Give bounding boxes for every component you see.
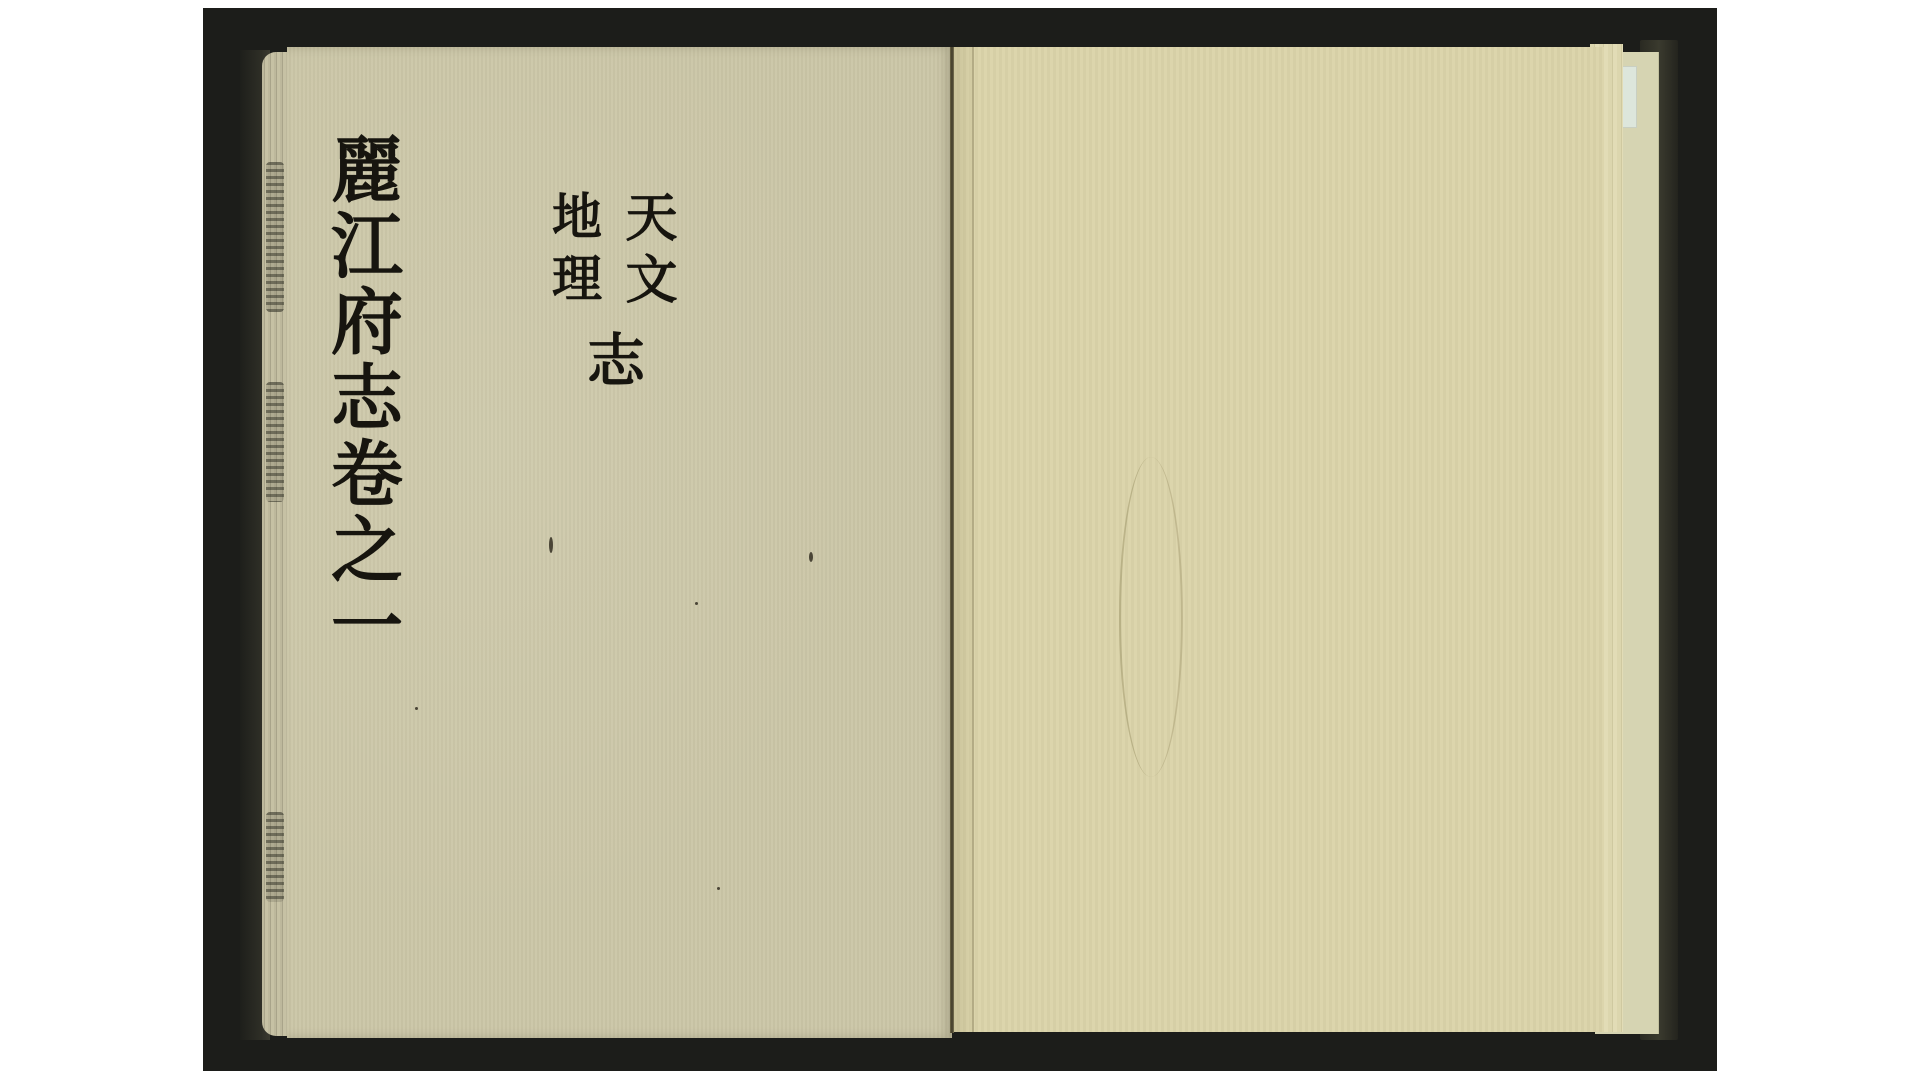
section-subtitle-suffix: 志 — [582, 330, 640, 388]
edge-smudge — [266, 382, 284, 502]
edge-smudge — [266, 812, 284, 902]
section-subtitle-astronomy: 天文 — [620, 190, 672, 314]
right-page-blank — [954, 47, 1604, 1032]
paper-crease — [1119, 457, 1183, 777]
edge-smudge — [266, 162, 284, 312]
volume-title: 麗江府志卷之一 — [325, 132, 397, 664]
section-subtitle-geography: 地理 — [548, 190, 598, 314]
paper-speck — [809, 552, 813, 562]
paper-speck — [695, 602, 698, 605]
left-page-stack-edge — [262, 52, 288, 1036]
paper-speck — [549, 537, 553, 553]
paper-speck — [717, 887, 720, 890]
label-slip — [1621, 66, 1637, 128]
paper-speck — [415, 707, 418, 710]
page-fold-line — [972, 47, 974, 1032]
